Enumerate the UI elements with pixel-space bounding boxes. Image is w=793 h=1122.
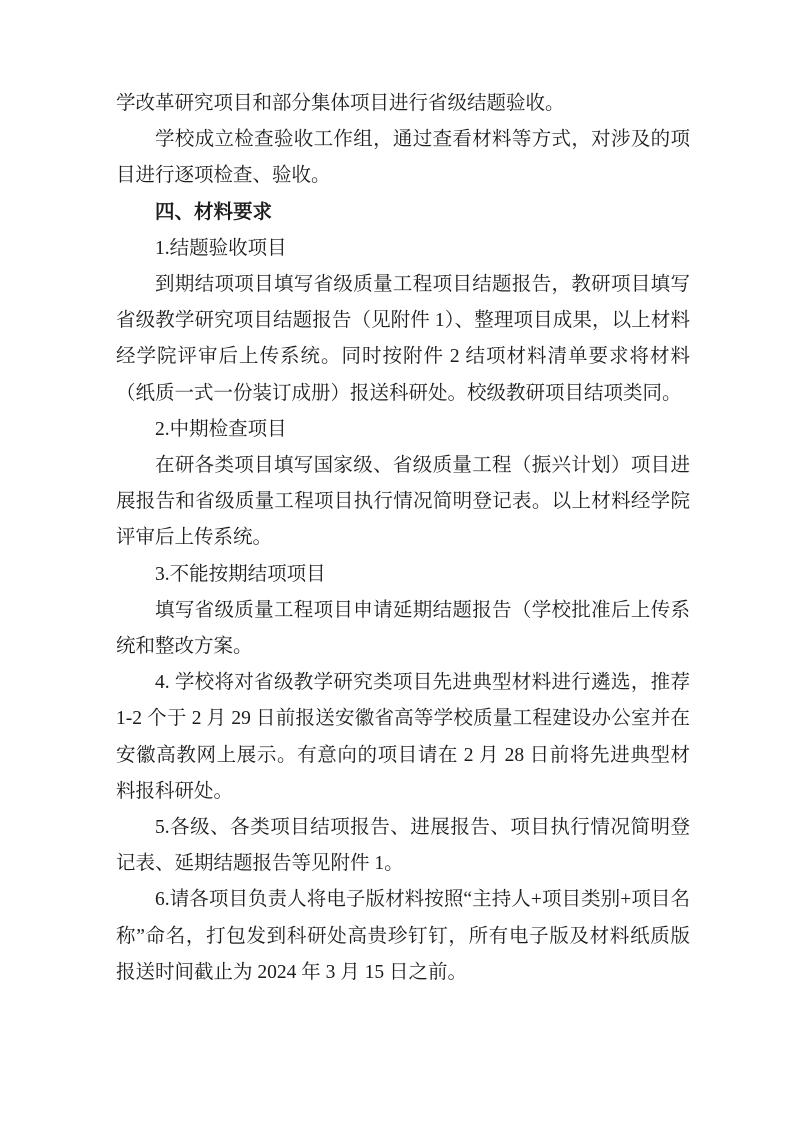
paragraph: 学校成立检查验收工作组，通过查看材料等方式，对涉及的项目进行逐项检查、验收。: [116, 122, 690, 194]
document-page: 学改革研究项目和部分集体项目进行省级结题验收。 学校成立检查验收工作组，通过查看…: [0, 0, 793, 1122]
document-body: 学改革研究项目和部分集体项目进行省级结题验收。 学校成立检查验收工作组，通过查看…: [116, 86, 690, 991]
paragraph: 到期结项项目填写省级质量工程项目结题报告，教研项目填写省级教学研究项目结题报告（…: [116, 267, 690, 412]
list-item-4-paragraph: 4. 学校将对省级教学研究类项目先进典型材料进行遴选，推荐 1-2 个于 2 月…: [116, 665, 690, 810]
list-item-3-title: 3.不能按期结项项目: [116, 557, 690, 593]
list-item-1-title: 1.结题验收项目: [116, 231, 690, 267]
list-item-2-title: 2.中期检查项目: [116, 412, 690, 448]
section-heading-materials: 四、材料要求: [116, 195, 690, 231]
list-item-5-paragraph: 5.各级、各类项目结项报告、进展报告、项目执行情况简明登记表、延期结题报告等见附…: [116, 810, 690, 882]
paragraph: 填写省级质量工程项目申请延期结题报告（学校批准后上传系统和整改方案。: [116, 593, 690, 665]
list-item-6-paragraph: 6.请各项目负责人将电子版材料按照“主持人+项目类别+项目名称”命名，打包发到科…: [116, 882, 690, 991]
paragraph: 在研各类项目填写国家级、省级质量工程（振兴计划）项目进展报告和省级质量工程项目执…: [116, 448, 690, 557]
paragraph-continuation: 学改革研究项目和部分集体项目进行省级结题验收。: [116, 86, 690, 122]
